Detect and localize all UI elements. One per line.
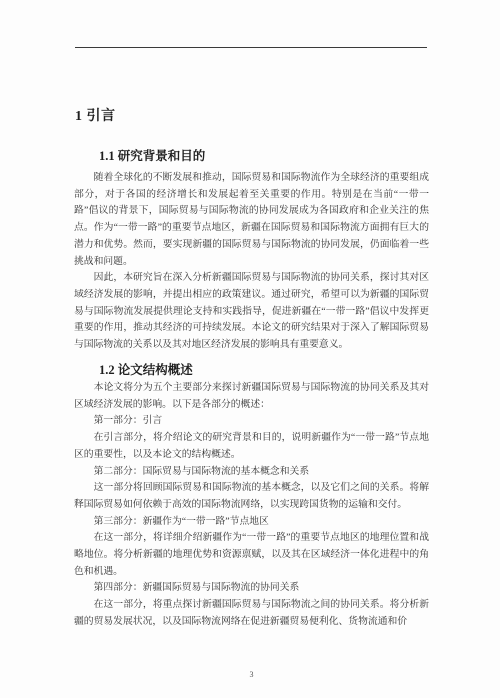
paragraph-part3-title: 第三部分：新疆作为“一带一路”节点地区 [74,514,429,531]
section-heading-1-1: 1.1 研究背景和目的 [99,148,205,164]
section-1-1-body: 随着全球化的不断发展和推动，国际贸易和国际物流作为全球经济的重要组成部分，对于各… [74,170,429,354]
paragraph-part4-desc: 在这一部分，将重点探讨新疆国际贸易与国际物流之间的协同关系。将分析新疆的贸易发展… [74,597,429,630]
page-number: 3 [75,669,428,681]
paragraph-part4-title: 第四部分：新疆国际贸易与国际物流的协同关系 [74,580,429,597]
section-1-2-body: 本论文将分为五个主要部分来探讨新疆国际贸易与国际物流的协同关系及其对区域经济发展… [74,380,429,631]
section-heading-1-2: 1.2 论文结构概述 [99,362,193,378]
paragraph-part3-desc: 在这一部分，将详细介绍新疆作为“一带一路”的重要节点地区的地理位置和战略地位。将… [74,530,429,580]
paragraph-background-2: 因此，本研究旨在深入分析新疆国际贸易与国际物流的协同关系，探讨其对区域经济发展的… [74,270,429,354]
header-divider-line [75,47,427,48]
paragraph-part1-title: 第一部分：引言 [74,413,429,430]
chapter-heading: 1 引言 [75,106,116,127]
paragraph-part2-desc: 这一部分将回顾国际贸易和国际物流的基本概念，以及它们之间的关系。将解释国际贸易如… [74,480,429,513]
document-page: 1 引言 1.1 研究背景和目的 随着全球化的不断发展和推动，国际贸易和国际物流… [0,0,500,698]
paragraph-part2-title: 第二部分：国际贸易与国际物流的基本概念和关系 [74,464,429,481]
paragraph-structure-intro: 本论文将分为五个主要部分来探讨新疆国际贸易与国际物流的协同关系及其对区域经济发展… [74,380,429,413]
paragraph-background-1: 随着全球化的不断发展和推动，国际贸易和国际物流作为全球经济的重要组成部分，对于各… [74,170,429,270]
paragraph-part1-desc: 在引言部分，将介绍论文的研究背景和目的，说明新疆作为“一带一路”节点地区的重要性… [74,430,429,463]
